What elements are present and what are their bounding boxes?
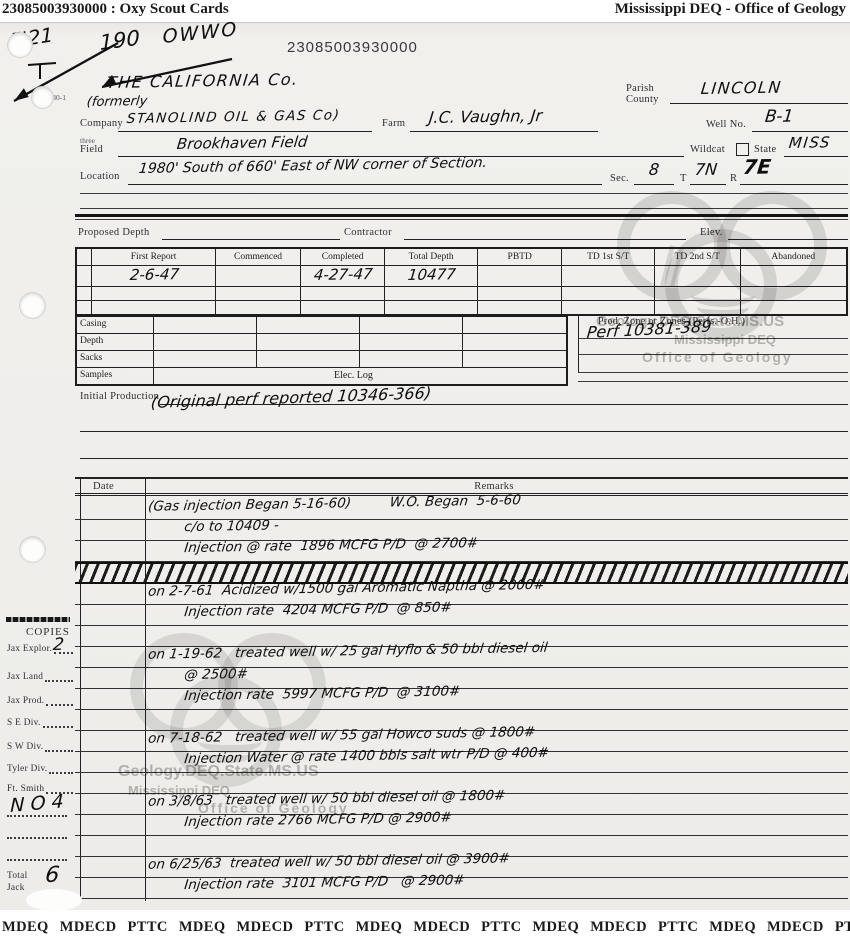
formerly-note: (formerly — [86, 94, 148, 110]
total-sub-label: Jack — [7, 883, 25, 893]
well-no-label: Well No. — [706, 119, 746, 130]
parish-county-value: LINCOLN — [700, 78, 783, 98]
sec-value: 8 — [648, 160, 660, 179]
rule — [80, 193, 848, 194]
township-label: T — [680, 173, 687, 184]
total-value: 6 — [44, 863, 61, 888]
depth-row: Depth — [77, 334, 566, 351]
first-report-cell: 2-6-47 — [92, 266, 216, 286]
scout-card-page: 23085003930000 : Oxy Scout Cards Mississ… — [0, 0, 850, 941]
initial-production-value: (Original perf reported 10346-366) — [150, 383, 432, 412]
state-underline — [784, 156, 848, 157]
sacks-row: Sacks — [77, 351, 566, 368]
header-cell — [77, 249, 92, 265]
prod-zone-left-border — [578, 316, 579, 373]
location-label: Location — [80, 171, 120, 182]
copies-item-sw-div: S W Div. — [7, 741, 73, 752]
rule — [80, 431, 848, 432]
casing-row: Casing — [77, 317, 566, 334]
dotted-leader — [45, 671, 73, 682]
header-cell: TD 2nd S/T — [655, 249, 741, 265]
sec-label: Sec. — [610, 173, 629, 184]
header-cell: Completed — [301, 249, 386, 265]
township-underline — [690, 184, 726, 185]
location-underline — [128, 184, 602, 185]
no4-annotation: N O 4 — [10, 790, 64, 817]
range-label: R — [730, 173, 737, 184]
depth-label: Depth — [77, 334, 154, 350]
remark-row: Injection rate 3101 MCFG P/D @ 2900# — [75, 878, 848, 899]
cell — [77, 266, 92, 286]
casing-table: Casing Depth Sacks Samples Elec. Log — [75, 315, 568, 386]
dotted-leader — [46, 695, 73, 706]
remark-row: Injection @ rate 1896 MCFG P/D @ 2700# — [75, 541, 848, 562]
company-value: STANOLIND OIL & GAS Co) — [126, 107, 341, 127]
samples-row: Samples Elec. Log — [77, 368, 566, 384]
rule — [75, 214, 848, 217]
rule — [728, 239, 848, 240]
field-value: Brookhaven Field — [176, 133, 308, 153]
depth-table: First Report Commenced Completed Total D… — [75, 247, 848, 316]
field-label: Field — [80, 144, 103, 155]
document-title: 23085003930000 : Oxy Scout Cards — [2, 1, 229, 18]
state-value: MISS — [788, 133, 832, 152]
rule — [578, 372, 848, 373]
parish-label: Parish — [626, 83, 654, 94]
farm-value: J.C. Vaughn, Jr — [428, 106, 543, 127]
elev-label: Elev. — [700, 227, 723, 238]
sec-underline — [634, 184, 674, 185]
dotted-leader — [45, 741, 73, 752]
remark-row: Injection rate 2766 MCFG P/D @ 2900# — [75, 815, 848, 836]
rule — [404, 239, 686, 240]
elec-log-label: Elec. Log — [154, 368, 566, 384]
remark-row: Injection rate 5997 MCFG P/D @ 3100# — [75, 689, 848, 710]
dotted-line — [7, 815, 67, 817]
punch-hole — [32, 87, 53, 108]
copies-divider — [6, 617, 70, 622]
abandoned-cell — [741, 266, 846, 286]
initial-production-label: Initial Production — [80, 391, 159, 402]
township-value: 7N — [694, 160, 718, 179]
depth-table-header-row: First Report Commenced Completed Total D… — [77, 249, 846, 266]
remark-row: Injection rate 4204 MCFG P/D @ 850# — [75, 605, 848, 626]
watermark-office: Office of Geology — [642, 349, 850, 365]
range-underline — [740, 184, 848, 185]
proposed-depth-label: Proposed Depth — [78, 227, 150, 238]
punch-hole — [20, 293, 45, 318]
company-label: Company — [80, 118, 123, 129]
copies-item-tyler-div: Tyler Div. — [7, 763, 73, 774]
state-label: State — [754, 144, 777, 155]
rule — [578, 381, 848, 382]
paper-tear — [26, 889, 82, 911]
rule — [80, 458, 848, 459]
farm-label: Farm — [382, 118, 405, 129]
dotted-leader — [43, 717, 73, 728]
punch-hole — [8, 33, 32, 57]
copies-item-jax-prod: Jax Prod. — [7, 695, 73, 706]
dotted-line — [7, 837, 67, 839]
empty-row — [77, 287, 846, 301]
copies-item-jax-land: Jax Land — [7, 671, 73, 682]
commenced-cell — [216, 266, 301, 286]
depth-table-value-row: 2-6-47 4-27-47 10477 — [77, 266, 846, 287]
empty-row — [77, 301, 846, 314]
header-cell: Commenced — [216, 249, 301, 265]
top-header-bar: 23085003930000 : Oxy Scout Cards Mississ… — [0, 0, 850, 22]
api-number: 23085003930000 — [287, 39, 418, 56]
total-depth-cell: 10477 — [385, 266, 478, 286]
header-cell: Total Depth — [385, 249, 478, 265]
total-label: Total — [7, 871, 27, 881]
rule — [75, 219, 848, 220]
jax-explor-count: 2 — [52, 635, 65, 655]
header-cell: TD 1st S/T — [562, 249, 655, 265]
date-column-label: Date — [93, 481, 114, 492]
pbtd-cell — [478, 266, 563, 286]
dotted-leader — [49, 763, 73, 774]
wildcat-label: Wildcat — [690, 144, 725, 155]
rule — [80, 208, 848, 209]
scanned-card: Geology.DEQ.State.MS.US Mississippi DEQ … — [0, 22, 850, 911]
copies-item-se-div: S E Div. — [7, 717, 73, 728]
td1-cell — [562, 266, 655, 286]
completed-cell: 4-27-47 — [301, 266, 386, 286]
location-value: 1980' South of 660' East of NW corner of… — [138, 155, 488, 177]
dotted-line — [7, 859, 67, 861]
rule — [578, 354, 848, 355]
company-underline — [118, 131, 372, 132]
farm-underline — [410, 131, 598, 132]
county-label: County — [626, 94, 659, 105]
sacks-label: Sacks — [77, 351, 154, 367]
bottom-footer-bar: MDEQ MDECD PTTC MDEQ MDECD PTTC MDEQ MDE… — [0, 910, 850, 941]
td2-cell — [655, 266, 741, 286]
company-current: THE CALIFORNIA Co. — [106, 70, 300, 92]
agency-title: Mississippi DEQ - Office of Geology — [615, 1, 846, 18]
well-no-underline — [752, 131, 848, 132]
contractor-label: Contractor — [344, 227, 392, 238]
casing-label: Casing — [77, 317, 154, 333]
header-cell: First Report — [92, 249, 216, 265]
remarks-rows: (Gas injection Began 5-16-60) W.O. Began… — [75, 499, 848, 899]
header-cell: Abandoned — [741, 249, 846, 265]
punch-hole — [20, 537, 45, 562]
footer-orgs-text: MDEQ MDECD PTTC MDEQ MDECD PTTC MDEQ MDE… — [2, 919, 850, 936]
header-cell: PBTD — [478, 249, 563, 265]
well-no-value: B-1 — [764, 107, 794, 127]
range-value: 7E — [742, 155, 772, 179]
samples-label: Samples — [77, 368, 154, 384]
rule — [162, 239, 340, 240]
county-underline — [670, 103, 848, 104]
remark-row: Injection Water @ rate 1400 bbls salt wt… — [75, 752, 848, 773]
